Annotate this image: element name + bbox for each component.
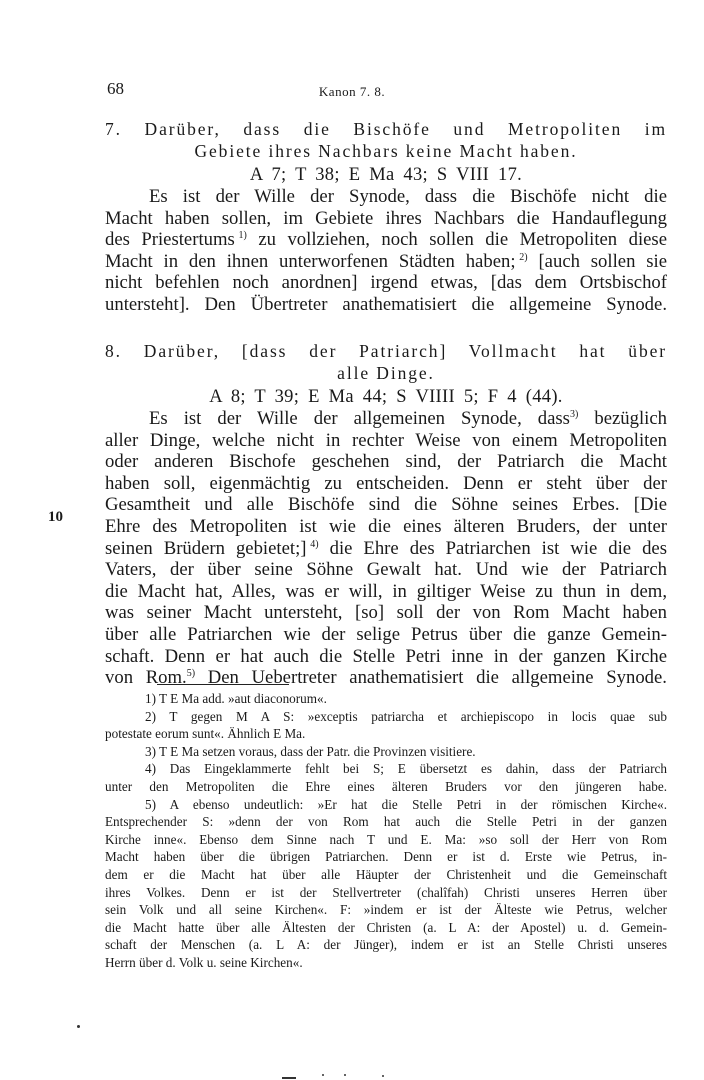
canon-7-heading: 7. Darüber, dass die Bischöfe und Metrop… — [105, 118, 667, 187]
footnotes: 1) T E Ma add. »aut diaconorum«. 2) T ge… — [105, 690, 667, 972]
canon-7-title-line-2: Gebiete ihres Nachbars keine Macht haben… — [105, 140, 667, 162]
text-line: untersteht]. Den Übertreter anathematisi… — [105, 294, 667, 316]
footnote-separator — [157, 684, 289, 685]
text-line: was seiner Macht untersteht, [so] soll d… — [105, 602, 667, 624]
text-line: oder anderen Bischofe geschehen sind, de… — [105, 451, 667, 473]
footnote-5-cont: Macht haben über die übrigen Patriarchen… — [105, 848, 667, 866]
canon-8-title-line-1: 8. Darüber, [dass der Patriarch] Vollmac… — [105, 340, 667, 362]
canon-8-heading: 8. Darüber, [dass der Patriarch] Vollmac… — [105, 340, 667, 409]
footnote-ref[interactable]: 3) — [570, 409, 578, 420]
text-line: Ehre des Metropoliten ist wie die eines … — [105, 516, 667, 538]
text-line: Vaters, der über seine Söhne Gewalt hat.… — [105, 559, 667, 581]
footnote-3: 3) T E Ma setzen voraus, dass der Patr. … — [105, 743, 667, 761]
footnote-5-cont: Kirche inne«. Ebenso dem Sinne nach T un… — [105, 831, 667, 849]
footnote-5-cont: sein Volk und all seine Kirchen«. F: »in… — [105, 901, 667, 919]
text-line: Es ist der Wille der Synode, dass die Bi… — [105, 186, 667, 208]
canon-7-sources: A 7; T 38; E Ma 43; S VIII 17. — [105, 163, 667, 187]
text-line: von Rom.5) Den Uebertreter anathematisie… — [105, 667, 667, 689]
scan-speck — [382, 1075, 384, 1077]
footnote-5-cont: dem er die Macht hat über alle Häupter d… — [105, 866, 667, 884]
footnote-1: 1) T E Ma add. »aut diaconorum«. — [105, 690, 667, 708]
footnote-4: 4) Das Eingeklammerte fehlt bei S; E übe… — [105, 760, 667, 778]
text-line: nicht befehlen noch anordnen] irgend etw… — [105, 272, 667, 294]
text-line: Macht in den ihnen unterworfenen Städten… — [105, 251, 667, 273]
footnote-5-cont: schaft der Menschen (a. L A: der Jünger)… — [105, 936, 667, 954]
canon-7-text: Es ist der Wille der Synode, dass die Bi… — [105, 186, 667, 316]
footnote-ref[interactable]: 5) — [187, 668, 195, 679]
footnote-ref[interactable]: 4) — [310, 539, 318, 550]
text-line: die Macht hat, Alles, was er will, in gi… — [105, 581, 667, 603]
footnote-5-cont: die Macht hatte über alle Ältesten der C… — [105, 919, 667, 937]
footnote-2-cont: potestate eorum sunt«. Ähnlich E Ma. — [105, 725, 667, 743]
book-page: 68 Kanon 7. 8. 7. Darüber, dass die Bisc… — [0, 0, 704, 1080]
footnote-5: 5) A ebenso undeutlich: »Er hat die Stel… — [105, 796, 667, 814]
scan-speck — [282, 1077, 296, 1079]
text-line: des Priestertums 1) zu vollziehen, noch … — [105, 229, 667, 251]
canon-8-title-line-2: alle Dinge. — [105, 362, 667, 384]
footnote-ref[interactable]: 2) — [519, 252, 527, 263]
footnote-5-cont: Herrn über d. Volk u. seine Kirchen«. — [105, 954, 667, 972]
footnote-4-cont: unter den Metropoliten die Ehre eines äl… — [105, 778, 667, 796]
text-line: seinen Brüdern gebietet;] 4) die Ehre de… — [105, 538, 667, 560]
line-number-marker: 10 — [48, 509, 63, 526]
footnote-5-cont: ihres Volkes. Denn er ist der Stellvertr… — [105, 884, 667, 902]
scan-speck — [322, 1074, 324, 1076]
canon-8-text: Es ist der Wille der allgemeinen Synode,… — [105, 408, 667, 689]
footnote-5-cont: Entsprechender S: »denn der von Rom hat … — [105, 813, 667, 831]
text-line: haben soll, eigenmächtig zu entscheiden.… — [105, 473, 667, 495]
footnote-ref[interactable]: 1) — [239, 230, 247, 241]
text-line: Gesamtheit und alle Bischöfe sind die Sö… — [105, 494, 667, 516]
scan-speck — [77, 1025, 80, 1028]
text-line: über alle Patriarchen wie der selige Pet… — [105, 624, 667, 646]
running-head: Kanon 7. 8. — [0, 84, 704, 100]
text-line: schaft. Denn er hat auch die Stelle Petr… — [105, 646, 667, 668]
scan-speck — [344, 1074, 346, 1076]
text-line: Macht haben sollen, im Gebiete ihres Nac… — [105, 208, 667, 230]
footnote-2: 2) T gegen M A S: »exceptis patriarcha e… — [105, 708, 667, 726]
canon-7-title-line-1: 7. Darüber, dass die Bischöfe und Metrop… — [105, 118, 667, 140]
text-line: aller Dinge, welche nicht in rechter Wei… — [105, 430, 667, 452]
canon-8-sources: A 8; T 39; E Ma 44; S VIIII 5; F 4 (44). — [105, 385, 667, 409]
text-line: Es ist der Wille der allgemeinen Synode,… — [105, 408, 667, 430]
